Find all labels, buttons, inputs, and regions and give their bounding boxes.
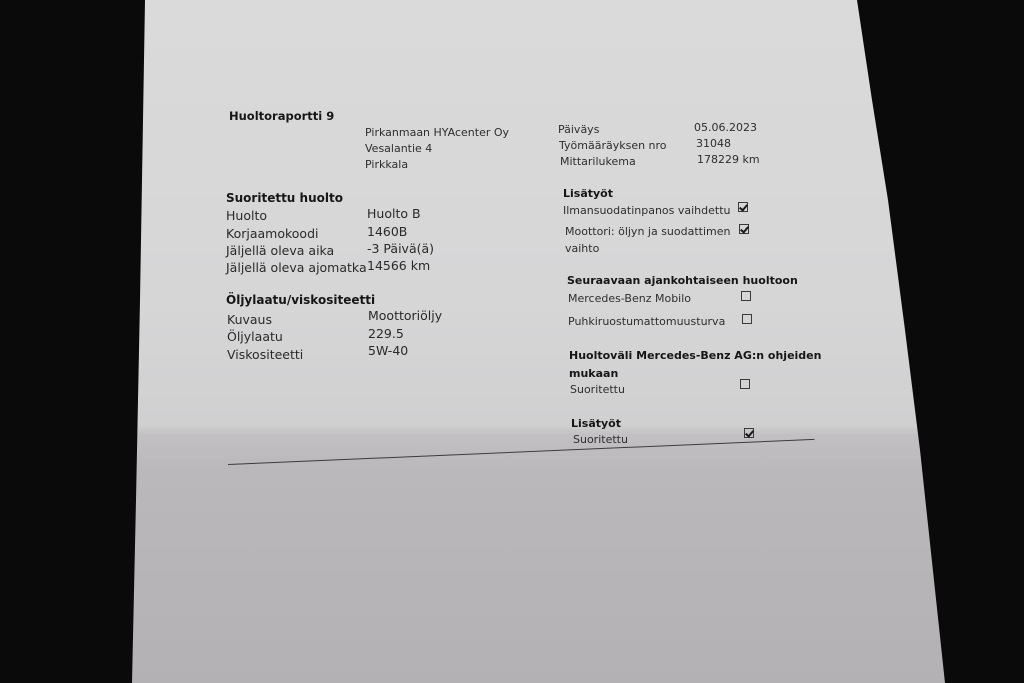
air-filter-label: Ilmansuodatinpanos vaihdettu bbox=[563, 205, 731, 216]
service-report-paper bbox=[0, 0, 1024, 683]
mobilo-label: Mercedes-Benz Mobilo bbox=[568, 293, 691, 304]
extra-work-2-done-label: Suoritettu bbox=[573, 434, 628, 445]
oil-change-label-line1: Moottori: öljyn ja suodattimen bbox=[565, 226, 731, 237]
photo-scene: Huoltoraportti 9 Pirkanmaan HYAcenter Oy… bbox=[0, 0, 1024, 683]
oil-quality-value: 229.5 bbox=[368, 328, 404, 341]
extra-work-heading: Lisätyöt bbox=[563, 188, 613, 199]
dealer-street: Vesalantie 4 bbox=[365, 143, 432, 154]
remaining-distance-label: Jäljellä oleva ajomatka bbox=[226, 262, 367, 275]
interval-done-checkbox[interactable] bbox=[740, 379, 750, 389]
dealer-city: Pirkkala bbox=[365, 159, 408, 170]
work-order-label: Työmääräyksen nro bbox=[559, 140, 667, 151]
air-filter-checkbox[interactable] bbox=[738, 202, 748, 212]
oil-heading: Öljylaatu/viskositeetti bbox=[226, 294, 375, 306]
rust-warranty-checkbox[interactable] bbox=[742, 314, 752, 324]
odometer-value: 178229 km bbox=[697, 154, 760, 165]
extra-work-2-heading: Lisätyöt bbox=[571, 418, 621, 429]
date-label: Päiväys bbox=[558, 124, 599, 135]
viscosity-value: 5W-40 bbox=[368, 345, 408, 358]
extra-work-2-done-checkbox[interactable] bbox=[744, 428, 754, 438]
next-service-heading: Seuraavaan ajankohtaiseen huoltoon bbox=[567, 275, 798, 286]
interval-done-label: Suoritettu bbox=[570, 384, 625, 395]
dealer-name: Pirkanmaan HYAcenter Oy bbox=[365, 127, 509, 138]
date-value: 05.06.2023 bbox=[694, 122, 757, 133]
oil-quality-label: Öljylaatu bbox=[227, 331, 283, 344]
oil-description-value: Moottoriöljy bbox=[368, 310, 442, 323]
odometer-label: Mittarilukema bbox=[560, 156, 636, 167]
remaining-time-value: -3 Päivä(ä) bbox=[367, 243, 434, 256]
remaining-time-label: Jäljellä oleva aika bbox=[226, 245, 334, 258]
service-type-label: Huolto bbox=[226, 210, 267, 223]
workshop-code-label: Korjaamokoodi bbox=[226, 228, 318, 241]
service-type-value: Huolto B bbox=[367, 208, 421, 221]
oil-change-label-line2: vaihto bbox=[565, 243, 599, 254]
remaining-distance-value: 14566 km bbox=[367, 260, 430, 273]
report-title: Huoltoraportti 9 bbox=[229, 111, 334, 123]
service-done-heading: Suoritettu huolto bbox=[226, 192, 343, 204]
work-order-value: 31048 bbox=[696, 138, 731, 149]
oil-change-checkbox[interactable] bbox=[739, 224, 749, 234]
interval-heading-line2: mukaan bbox=[569, 368, 618, 379]
mobilo-checkbox[interactable] bbox=[741, 291, 751, 301]
oil-description-label: Kuvaus bbox=[227, 314, 272, 327]
interval-heading-line1: Huoltoväli Mercedes-Benz AG:n ohjeiden bbox=[569, 350, 821, 361]
rust-warranty-label: Puhkiruostumattomuusturva bbox=[568, 316, 725, 327]
viscosity-label: Viskositeetti bbox=[227, 349, 303, 362]
workshop-code-value: 1460B bbox=[367, 226, 407, 239]
